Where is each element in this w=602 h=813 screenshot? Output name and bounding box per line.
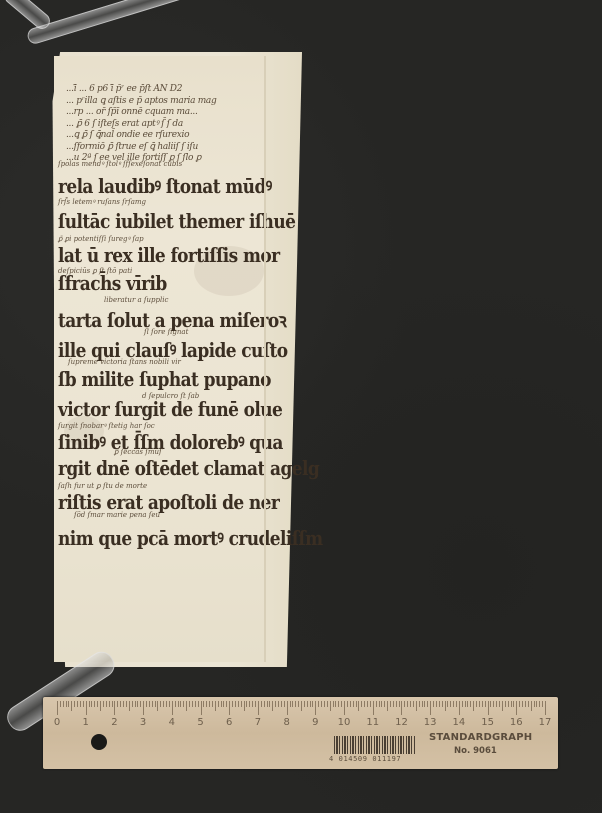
interlinear-gloss: ꝑ̄ ſeccas ſmuſ xyxy=(114,448,162,456)
ruler-tick xyxy=(66,701,67,707)
ruler-tick xyxy=(255,701,256,707)
text-line: victor ſurgit de funē olue xyxy=(58,399,282,422)
ruler-tick xyxy=(77,701,78,707)
fold-edge xyxy=(264,56,266,662)
ruler-tick xyxy=(364,701,365,707)
ruler-tick xyxy=(74,701,75,707)
ruler-tick xyxy=(333,701,334,707)
ruler-tick xyxy=(80,701,81,707)
ruler-tick xyxy=(462,701,463,707)
ruler-tick xyxy=(358,701,359,711)
ruler-tick xyxy=(456,701,457,707)
ruler-tick xyxy=(169,701,170,707)
manuscript-fragment: ...ī̃ ... 6 p6 ī̃ p̄ʳ ee ṗ̄ſt AN D2 ... … xyxy=(50,52,302,667)
ruler-tick xyxy=(103,701,104,707)
ruler-tick xyxy=(502,701,503,711)
ruler-tick xyxy=(203,701,204,707)
interlinear-gloss: ſupreme victoria ſtans nobili vir xyxy=(68,358,181,366)
ruler-tick xyxy=(304,701,305,707)
text-line: nim que pcā mortꝰ crudeliſſm xyxy=(58,524,323,550)
ruler-tick xyxy=(189,701,190,707)
ruler-tick xyxy=(393,701,394,707)
ruler-number: 2 xyxy=(111,717,117,728)
ruler-number: 3 xyxy=(140,717,146,728)
ruler-number: 15 xyxy=(481,717,494,728)
ruler-tick xyxy=(519,701,520,707)
ruler-tick xyxy=(373,701,374,715)
ruler-tick xyxy=(531,701,532,711)
ruler-tick xyxy=(209,701,210,707)
note-line: ...ſformiō ꝑ̄ ſtrue eſ ꝗ̄ haliiſ ſ iſu xyxy=(66,142,266,154)
ruler-tick xyxy=(223,701,224,707)
ruler-tick xyxy=(536,701,537,707)
interlinear-gloss: ſl ſore ſignat xyxy=(144,328,188,336)
ruler-tick xyxy=(447,701,448,707)
ruler-tick xyxy=(516,701,517,715)
ruler-tick xyxy=(404,701,405,707)
ruler-tick xyxy=(528,701,529,707)
ruler-tick xyxy=(499,701,500,707)
ruler-tick xyxy=(123,701,124,707)
interlinear-gloss: ſōd ſmar marie pena ſeu xyxy=(74,511,160,519)
ruler-tick xyxy=(473,701,474,711)
ruler-tick xyxy=(376,701,377,707)
note-line: ... pʳilla ꝗ aſtis e p̄ aptos maria mag xyxy=(66,96,266,108)
ruler-tick xyxy=(94,701,95,707)
ruler-tick xyxy=(465,701,466,707)
note-line: ... ꝑ̄ 6 ſ iſteſs erat aptꝰ ſ̄ ſ da xyxy=(66,119,266,131)
ruler-tick xyxy=(436,701,437,707)
ruler-tick xyxy=(470,701,471,707)
ruler-tick xyxy=(505,701,506,707)
ruler-tick xyxy=(522,701,523,707)
ruler-tick xyxy=(459,701,460,715)
ruler-tick xyxy=(545,701,546,715)
ruler-tick xyxy=(312,701,313,707)
ruler-tick xyxy=(513,701,514,707)
ruler-tick xyxy=(137,701,138,707)
ruler-tick xyxy=(539,701,540,707)
ruler-tick xyxy=(218,701,219,707)
ruler-tick xyxy=(175,701,176,707)
ruler-tick xyxy=(335,701,336,707)
ruler-tick xyxy=(264,701,265,707)
ruler-tick xyxy=(155,701,156,707)
ruler-tick xyxy=(275,701,276,707)
ruler-tick xyxy=(508,701,509,707)
ruler-tick xyxy=(442,701,443,707)
note-line: ...ī̃ ... 6 p6 ī̃ p̄ʳ ee ṗ̄ſt AN D2 xyxy=(66,84,266,96)
ruler-tick xyxy=(157,701,158,711)
ruler-tick xyxy=(407,701,408,707)
ruler-tick xyxy=(493,701,494,707)
ruler-tick xyxy=(419,701,420,707)
barcode-number: 4 014509 011197 xyxy=(329,755,401,763)
ruler-tick xyxy=(284,701,285,707)
measurement-ruler: 01234567891011121314151617 4 014509 0111… xyxy=(43,697,558,769)
ruler-tick xyxy=(341,701,342,707)
ruler-tick xyxy=(307,701,308,707)
ruler-tick xyxy=(269,701,270,707)
ruler-tick xyxy=(267,701,268,707)
ruler-tick xyxy=(129,701,130,711)
ruler-tick xyxy=(83,701,84,707)
ruler-tick xyxy=(290,701,291,707)
ruler-tick xyxy=(381,701,382,707)
ruler-tick xyxy=(321,701,322,707)
ruler-tick xyxy=(379,701,380,707)
ruler-tick xyxy=(534,701,535,707)
ruler-tick xyxy=(97,701,98,707)
ruler-hole xyxy=(91,734,107,750)
ruler-tick xyxy=(166,701,167,707)
ruler-tick xyxy=(63,701,64,707)
text-line: rgit dnē oſtēdet clamat agelg xyxy=(58,458,319,481)
ruler-tick xyxy=(249,701,250,707)
ruler-tick xyxy=(206,701,207,707)
ruler-tick xyxy=(416,701,417,711)
ruler-number: 14 xyxy=(453,717,466,728)
barcode xyxy=(334,736,416,754)
ruler-tick xyxy=(361,701,362,707)
ruler-tick xyxy=(445,701,446,711)
ruler-tick xyxy=(439,701,440,707)
ruler-tick xyxy=(201,701,202,715)
ruler-tick xyxy=(295,701,296,707)
ruler-tick xyxy=(338,701,339,707)
ruler-tick xyxy=(244,701,245,711)
ruler-tick xyxy=(427,701,428,707)
ruler-number: 8 xyxy=(283,717,289,728)
text-line: ſinibꝰ et ſ̄ſm dolorebꝰ qua xyxy=(58,428,283,454)
ruler-tick xyxy=(186,701,187,711)
ruler-tick xyxy=(344,701,345,715)
ruler-tick xyxy=(238,701,239,707)
ruler-tick xyxy=(143,701,144,715)
ruler-tick xyxy=(152,701,153,707)
ruler-tick xyxy=(149,701,150,707)
ruler-tick xyxy=(132,701,133,707)
ruler-tick xyxy=(301,701,302,711)
ruler-number: 0 xyxy=(54,717,60,728)
ruler-tick xyxy=(160,701,161,707)
ruler-tick xyxy=(178,701,179,707)
ruler-tick xyxy=(401,701,402,715)
ruler-number: 1 xyxy=(83,717,89,728)
ruler-tick xyxy=(390,701,391,707)
ruler-brand: STANDARDGRAPH xyxy=(429,732,532,743)
ruler-tick xyxy=(140,701,141,707)
ruler-number: 12 xyxy=(395,717,408,728)
marginal-notes: ...ī̃ ... 6 p6 ī̃ p̄ʳ ee ṗ̄ſt AN D2 ... … xyxy=(66,84,266,165)
interlinear-gloss: ſaſh fur ut ꝑ ſtu de morte xyxy=(58,482,147,490)
ruler-tick xyxy=(117,701,118,707)
ruler-number: 17 xyxy=(539,717,552,728)
ruler-tick xyxy=(86,701,87,715)
note-line: ...rp ... or̄ ſp̄ī onnē cquam ma... xyxy=(66,107,266,119)
ruler-tick xyxy=(387,701,388,711)
ruler-number: 7 xyxy=(255,717,261,728)
ruler-tick xyxy=(450,701,451,707)
ruler-tick xyxy=(212,701,213,707)
ruler-tick xyxy=(281,701,282,707)
ruler-tick xyxy=(318,701,319,707)
ruler-model: No. 9061 xyxy=(454,746,497,756)
ruler-tick xyxy=(413,701,414,707)
parchment-front-leaf: ...ī̃ ... 6 p6 ī̃ p̄ʳ ee ṗ̄ſt AN D2 ... … xyxy=(54,56,264,662)
ruler-tick xyxy=(120,701,121,707)
ruler-tick xyxy=(57,701,58,715)
ruler-number: 10 xyxy=(338,717,351,728)
ruler-tick xyxy=(287,701,288,715)
note-line: ...ꝗ ꝑ̄ ſ ꝗ̄nal̄ ondie ee rſurexio xyxy=(66,130,266,142)
ruler-tick xyxy=(353,701,354,707)
ruler-tick xyxy=(258,701,259,715)
ruler-tick xyxy=(315,701,316,715)
ruler-tick xyxy=(198,701,199,707)
ruler-tick xyxy=(126,701,127,707)
ruler-tick xyxy=(100,701,101,711)
ruler-tick xyxy=(488,701,489,715)
ruler-number: 9 xyxy=(312,717,318,728)
ruler-tick xyxy=(467,701,468,707)
ruler-tick xyxy=(60,701,61,707)
ruler-tick xyxy=(350,701,351,707)
ruler-tick xyxy=(525,701,526,707)
ruler-tick xyxy=(226,701,227,707)
ruler-tick xyxy=(396,701,397,707)
ruler-tick xyxy=(453,701,454,707)
ruler-tick xyxy=(298,701,299,707)
text-line: rela laudibꝰ ſtonat mūdꝰ xyxy=(58,172,272,198)
ruler-tick xyxy=(482,701,483,707)
ruler-tick xyxy=(490,701,491,707)
ruler-tick xyxy=(252,701,253,707)
ruler-tick xyxy=(183,701,184,707)
interlinear-gloss: liberatur a ſupplic xyxy=(104,296,168,304)
ruler-tick xyxy=(542,701,543,707)
ruler-tick xyxy=(215,701,216,711)
text-line: ſfrach̄s vīrib xyxy=(58,273,167,296)
ruler-tick xyxy=(146,701,147,707)
ruler-tick xyxy=(91,701,92,707)
ruler-tick xyxy=(109,701,110,707)
text-line: lat ū rex ille fortiſſis mor xyxy=(58,245,279,268)
ruler-ticks xyxy=(57,701,545,717)
ruler-tick xyxy=(347,701,348,707)
ruler-tick xyxy=(261,701,262,707)
interlinear-gloss: ꝑ̄ ꝑi potentiſſi ſuregꝰ ſap xyxy=(58,235,144,244)
ruler-tick xyxy=(324,701,325,707)
ruler-tick xyxy=(106,701,107,707)
ruler-tick xyxy=(399,701,400,707)
ruler-tick xyxy=(367,701,368,707)
ruler-tick xyxy=(410,701,411,707)
interlinear-gloss: ſpolas mendꝰ ſtolꝰ ſfſexeſonat cubis xyxy=(58,160,182,169)
ruler-tick xyxy=(485,701,486,707)
ruler-number: 4 xyxy=(169,717,175,728)
ruler-tick xyxy=(422,701,423,707)
ruler-tick xyxy=(71,701,72,711)
ruler-tick xyxy=(292,701,293,707)
ruler-tick xyxy=(327,701,328,707)
ruler-tick xyxy=(479,701,480,707)
ruler-tick xyxy=(511,701,512,707)
ruler-tick xyxy=(112,701,113,707)
ruler-number: 5 xyxy=(197,717,203,728)
ruler-tick xyxy=(172,701,173,715)
ruler-tick xyxy=(496,701,497,707)
ruler-tick xyxy=(310,701,311,707)
ruler-tick xyxy=(356,701,357,707)
interlinear-gloss: ſrſ̄s letemꝰ ruſans ſrſamg xyxy=(58,198,146,207)
ruler-tick xyxy=(384,701,385,707)
ruler-tick xyxy=(246,701,247,707)
ruler-tick xyxy=(330,701,331,711)
ruler-tick xyxy=(89,701,90,707)
text-line: ſultāc iubilet themer iſhuē xyxy=(58,211,295,234)
text-line: ſb milite ſuphat pupano xyxy=(58,369,271,392)
ruler-number: 11 xyxy=(366,717,379,728)
ruler-tick xyxy=(241,701,242,707)
ruler-tick xyxy=(195,701,196,707)
ruler-tick xyxy=(192,701,193,707)
ruler-number: 16 xyxy=(510,717,523,728)
ruler-number: 6 xyxy=(226,717,232,728)
ruler-tick xyxy=(232,701,233,707)
ruler-tick xyxy=(229,701,230,715)
ruler-tick xyxy=(235,701,236,707)
ruler-tick xyxy=(221,701,222,707)
ruler-tick xyxy=(278,701,279,707)
ruler-tick xyxy=(430,701,431,715)
ruler-tick xyxy=(272,701,273,711)
ruler-number: 13 xyxy=(424,717,437,728)
ruler-tick xyxy=(370,701,371,707)
ruler-tick xyxy=(424,701,425,707)
ruler-tick xyxy=(180,701,181,707)
ruler-tick xyxy=(476,701,477,707)
ruler-tick xyxy=(433,701,434,707)
ruler-tick xyxy=(68,701,69,707)
ruler-tick xyxy=(135,701,136,707)
ruler-tick xyxy=(163,701,164,707)
ruler-tick xyxy=(114,701,115,715)
